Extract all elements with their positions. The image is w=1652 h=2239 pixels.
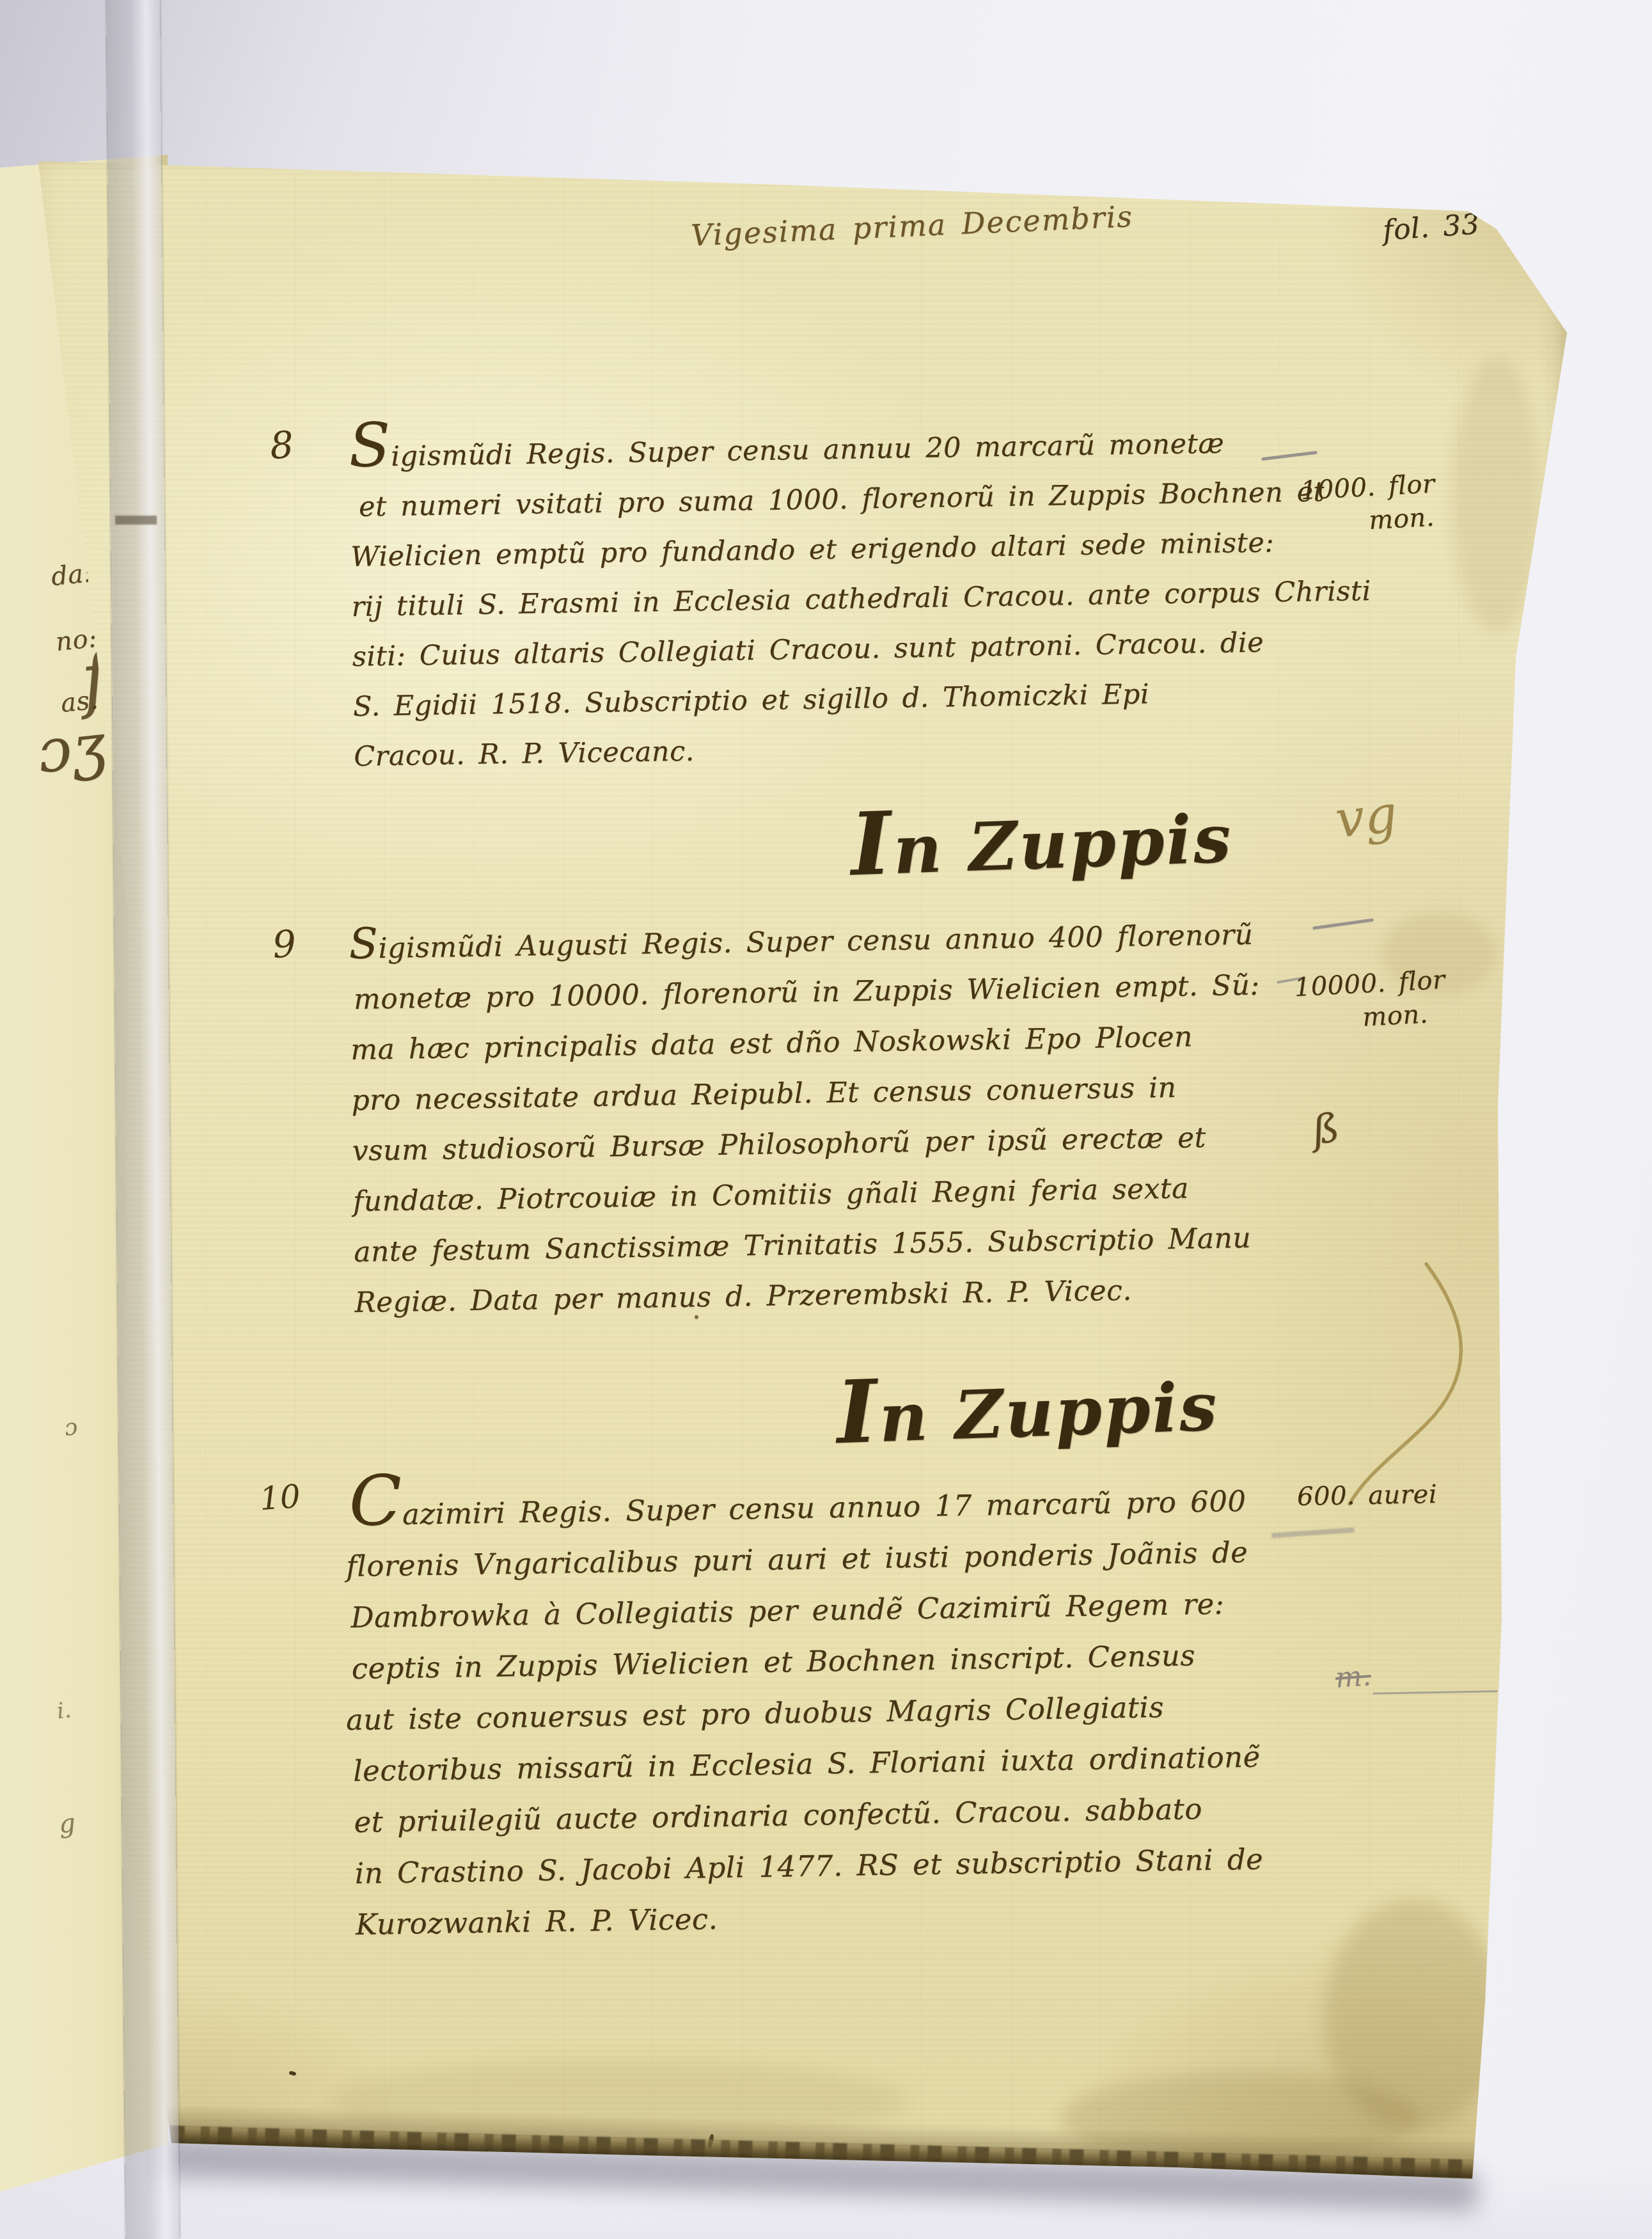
- pencil-line: [1373, 1690, 1498, 1694]
- margin-mark-vg: vg: [1332, 784, 1400, 850]
- facing-page-text-fragment: i.: [56, 1697, 73, 1724]
- page-header-date: Vigesima prima Decembris: [690, 199, 1134, 253]
- section-heading-in-zuppis: In Zuppis: [849, 780, 1234, 896]
- margin-note-line: mon.: [1368, 501, 1438, 537]
- pencil-smudge: [1271, 1527, 1355, 1538]
- facing-page-text-fragment: g: [58, 1808, 77, 1839]
- entry-9-text: Sigismũdi Augusti Regis. Super censu ann…: [349, 905, 1265, 1328]
- margin-sum-note: 10000. flor mon.: [1293, 963, 1447, 1038]
- margin-note-line: 600. aurei: [1297, 1478, 1438, 1514]
- facing-page-text-fragment: ɔ: [63, 1414, 79, 1441]
- folio-number: fol. 33: [1381, 208, 1481, 247]
- margin-note-line: mon.: [1362, 997, 1448, 1034]
- entry-number: 10: [258, 1478, 302, 1517]
- entry-8-text: Sigismũdi Regis. Super censu annuu 20 ma…: [349, 405, 1374, 782]
- margin-sum-note: 600. aurei: [1297, 1478, 1438, 1514]
- pencil-dash: [1312, 918, 1374, 930]
- strap-dark-mark: [115, 516, 157, 525]
- manuscript-photo: { "colors":{"paper":"#ebe4b6","ink":"#47…: [0, 0, 1652, 2239]
- margin-mark-b: ß: [1309, 1104, 1343, 1154]
- entry-number: 9: [271, 922, 298, 967]
- stain: [1324, 1900, 1503, 2130]
- margin-mark-pencil: m.: [1334, 1659, 1372, 1695]
- manuscript-page: Vigesima prima Decembris fol. 33 8 Sigis…: [26, 147, 1573, 2213]
- stain: [1452, 358, 1541, 633]
- facing-page-flourish: ɔʒ: [35, 711, 110, 787]
- section-heading-in-zuppis: In Zuppis: [835, 1349, 1220, 1464]
- margin-sum-note: 1000. flor mon.: [1300, 468, 1437, 541]
- ink-speck: [288, 2071, 296, 2077]
- entry-number: 8: [269, 423, 295, 468]
- entry-10-text: Cazimiri Regis. Super censu annuo 17 mar…: [349, 1462, 1264, 1950]
